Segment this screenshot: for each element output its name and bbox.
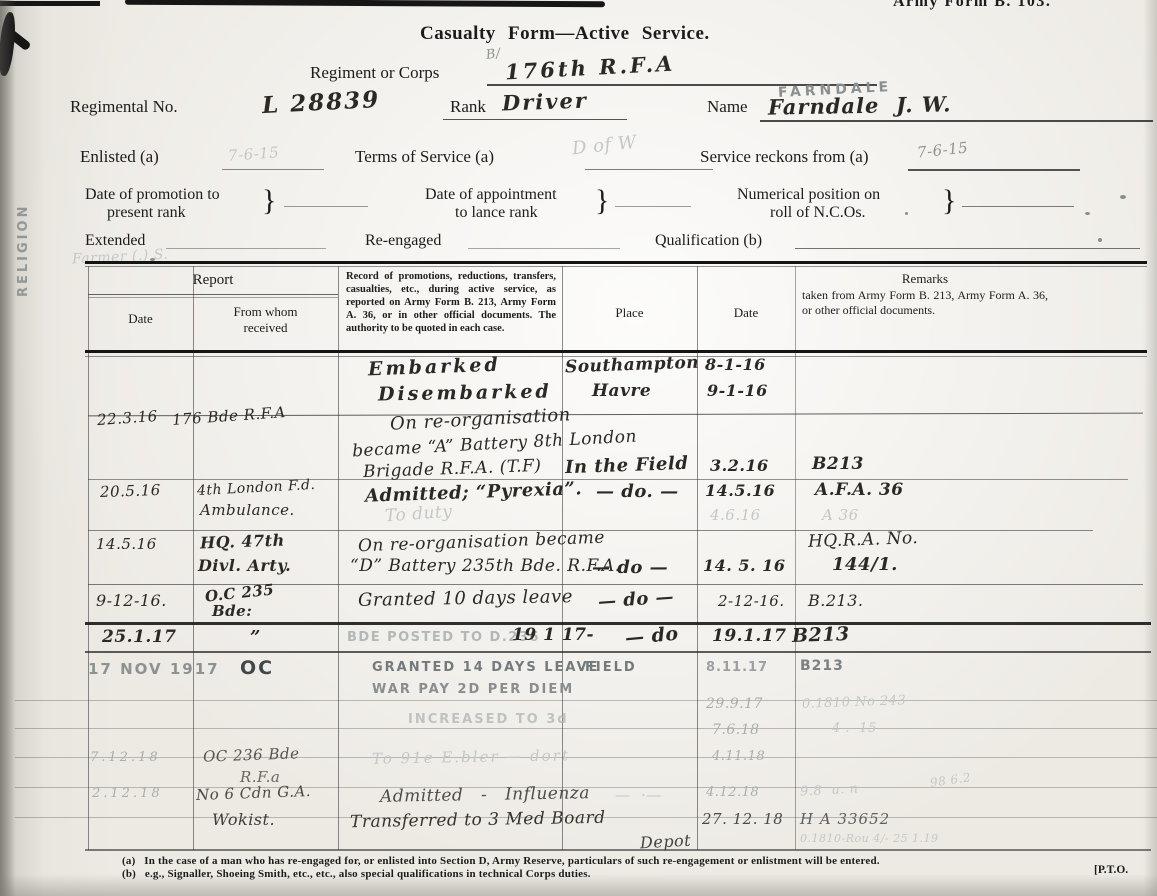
- col-header-record: Record of promotions, reductions, transf…: [346, 270, 556, 335]
- paper-speck: [1120, 195, 1126, 199]
- r10-date2: 4.11.18: [712, 750, 765, 764]
- rank-label: Rank: [450, 98, 486, 117]
- r3-from-2: Ambulance.: [200, 502, 295, 519]
- rank-underline: [443, 119, 627, 120]
- r5-record: Granted 10 days leave: [358, 587, 573, 611]
- r9-record-stamp: INCREASED TO 3d: [408, 713, 569, 727]
- r7-from-stamp: OC: [240, 658, 274, 679]
- r7-date-stamp: 17 NOV 1917: [88, 661, 220, 678]
- r5-date: 9-12-16.: [96, 592, 167, 610]
- r12-remarks-1: H A 33652: [800, 811, 890, 828]
- r11-remarks: 9.8 u. n: [800, 782, 859, 799]
- r4-record-2: “D” Battery 235th Bde. R.F.A.: [350, 557, 621, 576]
- r5-date2: 2-12-16.: [718, 593, 785, 610]
- footnote-a: (a) In the case of a man who has re-enga…: [122, 855, 880, 867]
- qualification-label: Qualification (b): [655, 232, 762, 250]
- appointment-line: [615, 206, 691, 207]
- ruled-line-3: [15, 757, 1157, 758]
- r5-place: — do —: [597, 587, 674, 612]
- r6-date: 25.1.17: [102, 628, 176, 647]
- row-line-6-bold: [85, 651, 1151, 653]
- r6-place: — do: [624, 624, 679, 649]
- r9-date2: 7.6.18: [712, 723, 760, 738]
- army-form-number: Army Form B. 103.: [893, 0, 1051, 11]
- r1-place-2: Havre: [592, 382, 651, 401]
- r3-place: — do. —: [596, 482, 679, 502]
- r10-record-illegible: To 91e E.bler — dort: [372, 747, 570, 767]
- r3-remarks-2-faint: A 36: [822, 507, 859, 524]
- name-underline: [760, 120, 1153, 122]
- numerical-brace: }: [942, 184, 956, 217]
- r8-date2: 29.9.17: [706, 697, 763, 712]
- reengaged-label: Re-engaged: [365, 232, 441, 250]
- regiment-value-handwriting: 176th R.F.A: [505, 52, 676, 84]
- r4-remarks-2: 144/1.: [832, 555, 898, 575]
- col-header-from-1: From whom: [193, 305, 338, 319]
- extended-label: Extended: [85, 232, 145, 250]
- r2-record-1: On re-organisation: [390, 405, 572, 434]
- r2-from: 176 Bde R.F.A: [172, 404, 287, 428]
- col-header-date: Date: [88, 312, 193, 326]
- r2-date2: 3.2.16: [710, 457, 769, 475]
- r7-place-stamp: FIELD: [585, 661, 637, 675]
- r3-record-1: Admitted; “Pyrexia”.: [365, 479, 583, 506]
- r1-date-1: 8-1-16: [705, 356, 766, 374]
- religion-stamp: RELIGION: [16, 182, 31, 297]
- r11-from: No 6 Cdn G.A.: [196, 783, 312, 804]
- page-title: Casualty Form—Active Service.: [420, 24, 710, 45]
- table-vline-date: [193, 266, 194, 850]
- report-underline-2: [88, 297, 338, 298]
- r10-from-1: OC 236 Bde: [203, 745, 300, 765]
- report-underline: [88, 294, 338, 295]
- numerical-label-2: roll of N.C.Os.: [770, 204, 866, 222]
- promotion-label-1: Date of promotion to: [85, 186, 220, 204]
- col-header-remarks-body: taken from Army Form B. 213, Army Form A…: [802, 288, 1048, 318]
- col-header-from-2: received: [193, 321, 338, 335]
- r5-remarks: B.213.: [808, 592, 863, 610]
- pto-label: [P.T.O.: [1094, 864, 1128, 877]
- promotion-label-2: present rank: [107, 204, 186, 222]
- r7-record-stamp-2: WAR PAY 2D PER DIEM: [372, 683, 574, 697]
- table-vline-left: [88, 266, 89, 850]
- table-vline-date2: [795, 266, 796, 850]
- r12-remarks-2: 0.1810-Rou 4/- 25 1.19: [800, 833, 939, 845]
- col-header-remarks-title: Remarks: [800, 272, 1050, 286]
- r10-date: 7.12.18: [90, 751, 161, 765]
- rank-value: Driver: [502, 89, 589, 115]
- r6-record-handwriting: 19 1 17-: [512, 626, 594, 645]
- r6-record-stamp: BDE POSTED TO D.236: [347, 631, 540, 645]
- r4-place: — do —: [592, 558, 668, 578]
- casualty-form-page: Army Form B. 103. Casualty Form—Active S…: [0, 0, 1157, 896]
- r3-date2-a: 14.5.16: [705, 482, 775, 500]
- table-top-rule-2: [85, 266, 1147, 267]
- r2-remarks: B213: [812, 455, 864, 474]
- paper-speck: [1098, 238, 1102, 242]
- col-header-date2: Date: [697, 306, 795, 320]
- r3-record-2-faint: To duty: [384, 503, 453, 526]
- table-bottom-rule: [85, 849, 1151, 851]
- ruled-line-1: [15, 700, 1157, 701]
- reckons-underline: [908, 169, 1080, 171]
- r11-place: — ·—: [615, 787, 662, 804]
- r3-date2-b-faint: 4.6.16: [710, 507, 761, 524]
- r9-remarks: 4 . 15: [832, 722, 877, 736]
- r7-record-stamp-1: GRANTED 14 DAYS LEAVE: [372, 661, 600, 675]
- r12-record: Transferred to 3 Med Board: [350, 809, 606, 832]
- r11-record: Admitted - Influenza: [380, 784, 590, 806]
- terms-value: D of W: [571, 133, 638, 159]
- numerical-line: [962, 206, 1074, 207]
- r12-from: Wokist.: [212, 811, 275, 829]
- scan-smudge-top: [125, 0, 605, 7]
- r6-date2: 19.1.17: [712, 627, 786, 646]
- r4-record-1: On re-organisation became: [358, 529, 605, 556]
- r1-record-2: Disembarked: [378, 381, 552, 405]
- name-value: Farndale J. W.: [768, 92, 952, 118]
- promotion-brace: }: [262, 184, 276, 217]
- appointment-label-1: Date of appointment: [425, 186, 557, 204]
- r3-date: 20.5.16: [100, 482, 161, 501]
- extended-value-handwriting: Farmer (.) S.: [72, 247, 169, 267]
- terms-label: Terms of Service (a): [355, 148, 494, 167]
- r11-date2: 4.12.18: [706, 786, 759, 800]
- name-label: Name: [707, 98, 748, 117]
- r4-date: 14.5.16: [96, 536, 157, 553]
- appointment-label-2: to lance rank: [455, 204, 538, 222]
- r1-record-1: Embarked: [368, 355, 501, 381]
- r11-date: 2.12.18: [92, 787, 163, 801]
- paper-speck: [1085, 212, 1090, 215]
- r4-date2: 14. 5. 16: [703, 557, 785, 575]
- r1-date-2: 9-1-16: [707, 382, 768, 400]
- reckons-label: Service reckons from (a): [700, 148, 869, 167]
- r6-remarks: B213: [792, 624, 850, 647]
- ruled-line-2: [15, 728, 1157, 729]
- paper-speck: [905, 212, 908, 215]
- terms-underline: [585, 169, 713, 170]
- table-vline-from: [338, 266, 339, 850]
- regiment-prefix-handwriting: B/: [485, 47, 502, 63]
- scan-right-shade: [1143, 0, 1157, 896]
- r1-place-1: Southampton: [565, 354, 700, 377]
- header-bottom-rule: [85, 350, 1147, 353]
- r3-from-1: 4th London F.d.: [197, 478, 316, 500]
- regimental-no-value: L 28839: [261, 87, 380, 118]
- r7-remarks-stamp: B213: [800, 659, 844, 674]
- r7-date2-stamp: 8.11.17: [706, 661, 768, 675]
- r2-date: 22.3.16: [96, 408, 158, 429]
- col-header-report: Report: [88, 272, 338, 289]
- enlisted-underline: [222, 169, 324, 170]
- r4-remarks-1: HQ.R.A. No.: [808, 529, 919, 552]
- scan-left-shade: [0, 0, 16, 896]
- regiment-label: Regiment or Corps: [310, 64, 439, 83]
- promotion-line: [284, 206, 368, 207]
- r12-record-2: Depot: [640, 832, 692, 852]
- regimental-no-label: Regimental No.: [70, 98, 178, 117]
- r6-from-ditto: ”: [250, 628, 261, 648]
- footnote-b: (b) e.g., Signaller, Shoeing Smith, etc.…: [122, 868, 591, 880]
- enlisted-value: 7-6-15: [227, 144, 279, 164]
- qualification-line: [795, 248, 1140, 249]
- col-header-place: Place: [562, 306, 697, 320]
- r12-date2: 27. 12. 18: [702, 811, 783, 828]
- r2-place: In the Field: [565, 454, 689, 478]
- r4-from-2: Divl. Arty.: [198, 557, 291, 575]
- table-top-rule: [85, 261, 1147, 264]
- reckons-value: 7-6-15: [916, 139, 969, 161]
- numerical-label-1: Numerical position on: [737, 186, 880, 204]
- r4-from-1: HQ. 47th: [200, 532, 285, 553]
- r3-remarks-1: A.F.A. 36: [815, 481, 904, 500]
- enlisted-label: Enlisted (a): [80, 148, 159, 167]
- reengaged-line: [468, 248, 620, 249]
- r8-remarks: 0.1810 No 243: [802, 694, 907, 712]
- r5-from-2: Bde:: [212, 603, 252, 620]
- appointment-brace: }: [595, 184, 609, 217]
- extended-line: [166, 248, 326, 249]
- row-line-5-bold: [85, 622, 1151, 625]
